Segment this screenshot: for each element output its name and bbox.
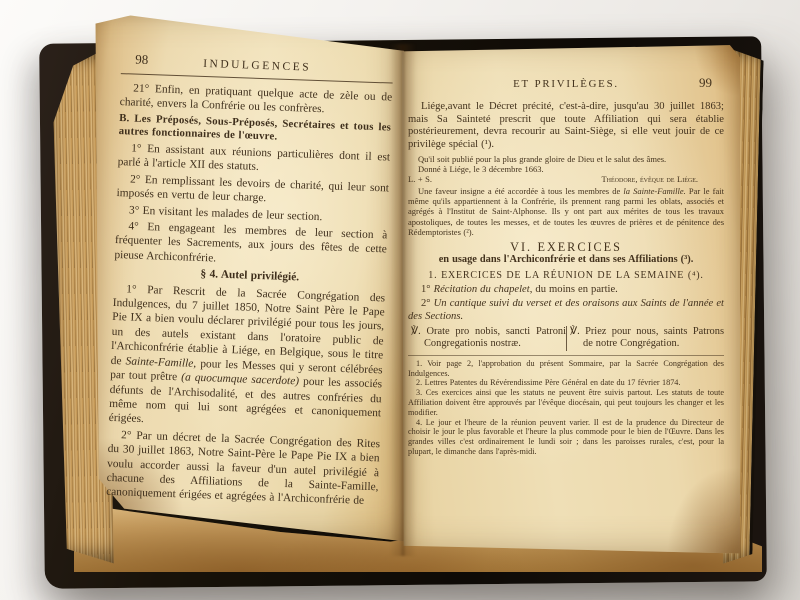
right-running-header: ET PRIVILÈGES.	[513, 78, 619, 90]
right-page-text: ET PRIVILÈGES. 99 Liége,avant le Décret …	[408, 78, 724, 457]
exercise-2: 2° Un cantique suivi du verset et des or…	[408, 298, 724, 324]
right-page-header: ET PRIVILÈGES. 99	[408, 78, 724, 91]
open-book-photo: 98 INDULGENCES 21° Enfin, en pratiquant …	[0, 0, 800, 600]
section-vi-title: VI. EXERCICES	[408, 241, 724, 254]
footnote-4: 4. Le jour et l'heure de la réunion peuv…	[408, 418, 724, 457]
left-page-number: 98	[135, 53, 148, 68]
footnotes: 1. Voir page 2, l'approbation du présent…	[408, 355, 724, 457]
continuation-paragraph: Liége,avant le Décret précité, c'est-à-d…	[408, 101, 724, 152]
exercise-2-number: 2°	[421, 298, 434, 309]
exercise-1-rest: , du moins en partie.	[530, 284, 618, 295]
section-vi-subtitle: en usage dans l'Archiconfrérie et dans s…	[408, 254, 724, 266]
decree-signature-row: L. + S. Théodore, évêque de Liége.	[408, 174, 724, 184]
decret-paragraph: 2° Par un décret de la Sacrée Congrégati…	[106, 428, 380, 509]
rescrit-paragraph: 1° Par Rescrit de la Sacrée Congrégation…	[108, 282, 385, 435]
decree-signature: Théodore, évêque de Liége.	[601, 174, 698, 184]
favor-note-text: Une faveur insigne a été accordée à tous…	[418, 186, 623, 196]
right-page-number: 99	[699, 77, 712, 90]
rescrit-text: 1° Par Rescrit de la Sacrée Congrégation…	[111, 283, 386, 367]
versicle-french: ℣. Priez pour nous, saints Patrons de no…	[566, 326, 724, 351]
decree-date: Donné à Liége, le 3 décembre 1663.	[408, 164, 724, 174]
rescrit-italic-title: Sainte-Famille	[125, 355, 193, 369]
left-page-text: 98 INDULGENCES 21° Enfin, en pratiquant …	[106, 52, 394, 511]
favor-note-italic: la Sainte-Famille.	[623, 186, 685, 196]
item-4: 4° En engageant les membres de leur sect…	[114, 219, 387, 272]
rescrit-latin-phrase: (a quocumque sacerdote)	[181, 371, 299, 387]
decree-publication: Qu'il soit publié pour la plus grande gl…	[408, 154, 724, 164]
exercise-1-number: 1°	[421, 284, 434, 295]
versicle-columns: ℣. Orate pro nobis, sancti Patroni Congr…	[408, 326, 724, 351]
versicle-latin: ℣. Orate pro nobis, sancti Patroni Congr…	[408, 326, 566, 351]
decree-seal: L. + S.	[408, 174, 432, 184]
footnote-2: 2. Lettres Patentes du Révérendissime Pè…	[408, 378, 724, 388]
exercise-1-italic: Récitation du chapelet	[434, 284, 530, 295]
exercise-1: 1° Récitation du chapelet, du moins en p…	[408, 284, 724, 297]
footnote-3: 3. Ces exercices ainsi que les statuts n…	[408, 388, 724, 417]
footnote-1: 1. Voir page 2, l'approbation du présent…	[408, 359, 724, 379]
favor-note: Une faveur insigne a été accordée à tous…	[408, 186, 724, 238]
exercise-2-italic: Un cantique suivi du verset et des orais…	[408, 298, 724, 322]
section-vi-heading-1: 1. EXERCICES DE LA RÉUNION DE LA SEMAINE…	[408, 270, 724, 282]
